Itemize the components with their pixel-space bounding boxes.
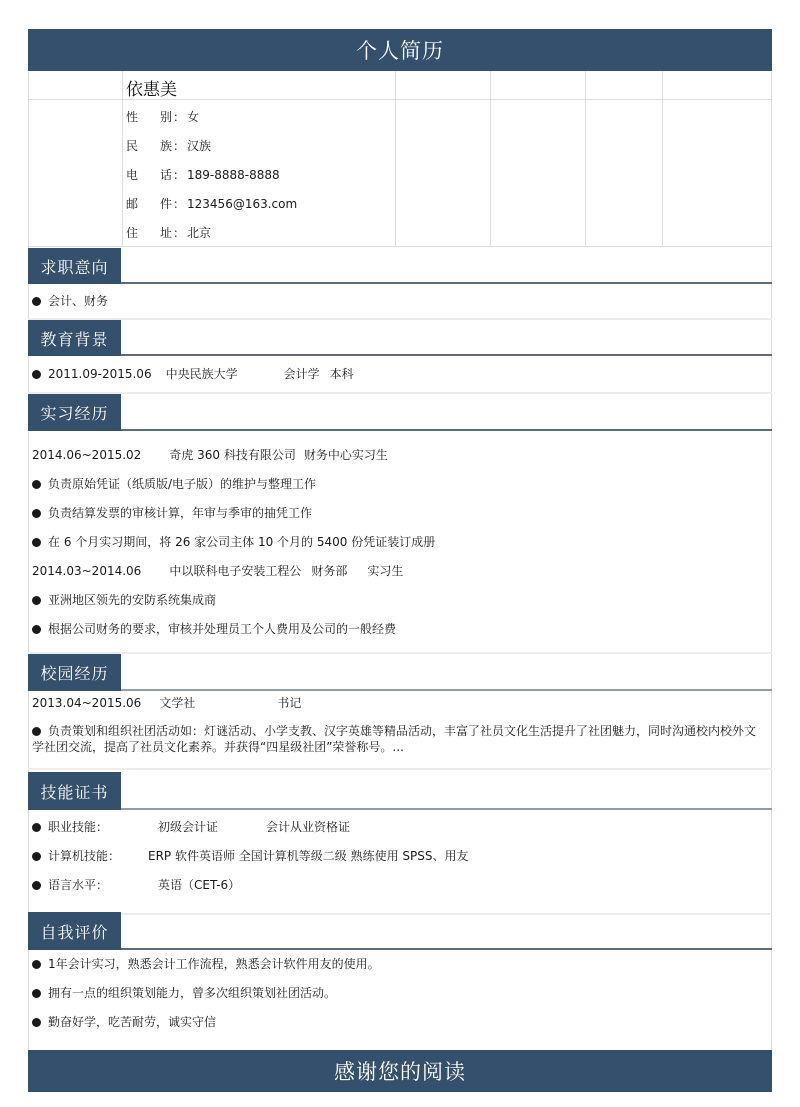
campus-period: 2013.04~2015.06 [32, 696, 141, 710]
item-text: 在 6 个月实习期间，将 26 家公司主体 10 个月的 5400 份凭证装订成… [48, 535, 435, 549]
info-value: 女 [187, 103, 199, 132]
info-value: 汉族 [187, 132, 211, 161]
grid-divider [585, 71, 586, 247]
info-colon: ： [173, 132, 185, 161]
education-entry: 2011.09-2015.06中央民族大学会计学本科 [28, 360, 772, 389]
item-text: 拥有一点的组织策划能力，曾多次组织策划社团活动。 [48, 986, 336, 1000]
skill-value: ERP 软件英语师 全国计算机等级二级 熟练使用 SPSS、用友 [148, 849, 469, 863]
job-header: 2014.06~2015.02奇虎 360 科技有限公司财务中心实习生 [28, 441, 772, 470]
job-department: 财务部 [311, 564, 347, 578]
job-header: 2014.03~2014.06中以联科电子安装工程公财务部实习生 [28, 557, 772, 586]
section-rule [121, 808, 772, 810]
campus-role: 书记 [277, 696, 301, 710]
section-header: 技能证书 [28, 772, 772, 810]
info-label: 族 [160, 132, 172, 161]
edu-major: 会计学 [284, 367, 320, 381]
info-address: 住址：北京 [126, 219, 297, 248]
section-objective: 求职意向 会计、财务 [28, 248, 772, 320]
section-header: 求职意向 [28, 248, 772, 284]
campus-org: 文学社 [159, 696, 195, 710]
section-title: 技能证书 [28, 772, 121, 810]
info-ethnicity: 民族：汉族 [126, 132, 297, 161]
bullet-icon [32, 881, 41, 890]
section-header: 教育背景 [28, 320, 772, 356]
info-label: 址 [160, 219, 172, 248]
info-label: 别 [160, 103, 172, 132]
list-item: 亚洲地区领先的安防系统集成商 [28, 586, 772, 615]
section-title: 校园经历 [28, 654, 121, 691]
info-label: 话 [160, 161, 172, 190]
campus-header: 2013.04~2015.06文学社书记 [28, 693, 772, 713]
resume-title-banner: 个人简历 [28, 29, 772, 71]
bullet-icon [32, 823, 41, 832]
section-skills: 技能证书 职业技能：初级会计证 会计从业资格证 计算机技能：ERP 软件英语师 … [28, 772, 772, 915]
info-gender: 性别：女 [126, 103, 297, 132]
item-text: 负责原始凭证（纸质版/电子版）的维护与整理工作 [48, 477, 316, 491]
job-period: 2014.06~2015.02 [32, 448, 141, 462]
bullet-icon [32, 852, 41, 861]
list-item: 会计、财务 [28, 287, 772, 316]
list-item: 1年会计实习，熟悉会计工作流程，熟悉会计软件用友的使用。 [28, 950, 772, 979]
info-email: 邮件：123456@163.com [126, 190, 297, 219]
bullet-icon [32, 509, 41, 518]
item-text: 亚洲地区领先的安防系统集成商 [48, 593, 216, 607]
list-item: 负责原始凭证（纸质版/电子版）的维护与整理工作 [28, 470, 772, 499]
item-text: 1年会计实习，熟悉会计工作流程，熟悉会计软件用友的使用。 [48, 957, 380, 971]
info-colon: ： [173, 161, 185, 190]
grid-divider [122, 71, 123, 247]
resume-title: 个人简历 [356, 35, 444, 65]
grid-divider [662, 71, 663, 247]
job-company: 中以联科电子安装工程公 [169, 564, 301, 578]
bullet-icon [32, 538, 41, 547]
section-header: 校园经历 [28, 654, 772, 691]
bullet-icon [32, 370, 41, 379]
skill-label: 语言水平： [48, 871, 158, 900]
skill-row: 语言水平：英语（CET-6） [28, 871, 772, 900]
bullet-icon [32, 1018, 41, 1027]
bullet-icon [32, 989, 41, 998]
info-colon: ： [173, 103, 185, 132]
info-label: 住 [126, 219, 138, 248]
skill-value: 初级会计证 会计从业资格证 [158, 820, 350, 834]
info-colon: ： [173, 219, 185, 248]
job-role: 财务中心实习生 [304, 448, 388, 462]
bullet-icon [32, 625, 41, 634]
item-text: 负责策划和组织社团活动如：灯谜活动、小学支教、汉字英雄等精品活动，丰富了社员文化… [32, 724, 756, 754]
info-value: 北京 [187, 219, 211, 248]
info-label: 邮 [126, 190, 138, 219]
edu-school: 中央民族大学 [166, 367, 238, 381]
section-education: 教育背景 2011.09-2015.06中央民族大学会计学本科 [28, 320, 772, 394]
item-text: 勤奋好学，吃苦耐劳，诚实守信 [48, 1015, 216, 1029]
list-item: 在 6 个月实习期间，将 26 家公司主体 10 个月的 5400 份凭证装订成… [28, 528, 772, 557]
info-value: 189-8888-8888 [187, 161, 280, 190]
section-internship: 实习经历 2014.06~2015.02奇虎 360 科技有限公司财务中心实习生… [28, 394, 772, 654]
section-self-evaluation: 自我评价 1年会计实习，熟悉会计工作流程，熟悉会计软件用友的使用。 拥有一点的组… [28, 912, 772, 1050]
job-role: 实习生 [367, 564, 403, 578]
skill-value: 英语（CET-6） [158, 878, 240, 892]
info-label: 性 [126, 103, 138, 132]
bullet-icon [32, 727, 41, 736]
list-item: 拥有一点的组织策划能力，曾多次组织策划社团活动。 [28, 979, 772, 1008]
info-label: 电 [126, 161, 138, 190]
edu-period: 2011.09-2015.06 [48, 367, 152, 381]
info-phone: 电话：189-8888-8888 [126, 161, 297, 190]
section-title: 教育背景 [28, 320, 121, 356]
list-item: 根据公司财务的要求，审核并处理员工个人费用及公司的一般经费 [28, 615, 772, 644]
bullet-icon [32, 596, 41, 605]
list-item: 负责结算发票的审核计算，年审与季审的抽凭工作 [28, 499, 772, 528]
item-text: 负责结算发票的审核计算，年审与季审的抽凭工作 [48, 506, 312, 520]
info-value: 123456@163.com [187, 190, 297, 219]
info-label: 民 [126, 132, 138, 161]
item-text: 会计、财务 [48, 294, 108, 308]
section-header: 实习经历 [28, 394, 772, 431]
skill-label: 计算机技能： [48, 842, 148, 871]
thanks-banner: 感谢您的阅读 [28, 1050, 772, 1092]
job-company: 奇虎 360 科技有限公司 [169, 448, 296, 462]
section-title: 实习经历 [28, 394, 121, 431]
campus-description: 负责策划和组织社团活动如：灯谜活动、小学支教、汉字英雄等精品活动，丰富了社员文化… [28, 711, 772, 759]
divider [28, 768, 772, 770]
bullet-icon [32, 297, 41, 306]
skill-label: 职业技能： [48, 813, 158, 842]
grid-divider [490, 71, 491, 247]
section-campus: 校园经历 2013.04~2015.06文学社书记 负责策划和组织社团活动如：灯… [28, 654, 772, 770]
skill-row: 计算机技能：ERP 软件英语师 全国计算机等级二级 熟练使用 SPSS、用友 [28, 842, 772, 871]
candidate-name: 依惠美 [126, 75, 177, 100]
info-colon: ： [173, 190, 185, 219]
item-text: 根据公司财务的要求，审核并处理员工个人费用及公司的一般经费 [48, 622, 396, 636]
list-item: 勤奋好学，吃苦耐劳，诚实守信 [28, 1008, 772, 1037]
thanks-text: 感谢您的阅读 [334, 1056, 466, 1086]
bullet-icon [32, 480, 41, 489]
section-header: 自我评价 [28, 912, 772, 950]
section-title: 自我评价 [28, 912, 121, 950]
skill-row: 职业技能：初级会计证 会计从业资格证 [28, 813, 772, 842]
profile-grid: 依惠美 性别：女 民族：汉族 电话：189-8888-8888 邮件：12345… [28, 71, 772, 247]
info-label: 件 [160, 190, 172, 219]
bullet-icon [32, 960, 41, 969]
job-period: 2014.03~2014.06 [32, 564, 141, 578]
personal-info-list: 性别：女 民族：汉族 电话：189-8888-8888 邮件：123456@16… [126, 103, 297, 248]
edu-degree: 本科 [330, 367, 354, 381]
section-title: 求职意向 [28, 248, 121, 284]
grid-divider [395, 71, 396, 247]
